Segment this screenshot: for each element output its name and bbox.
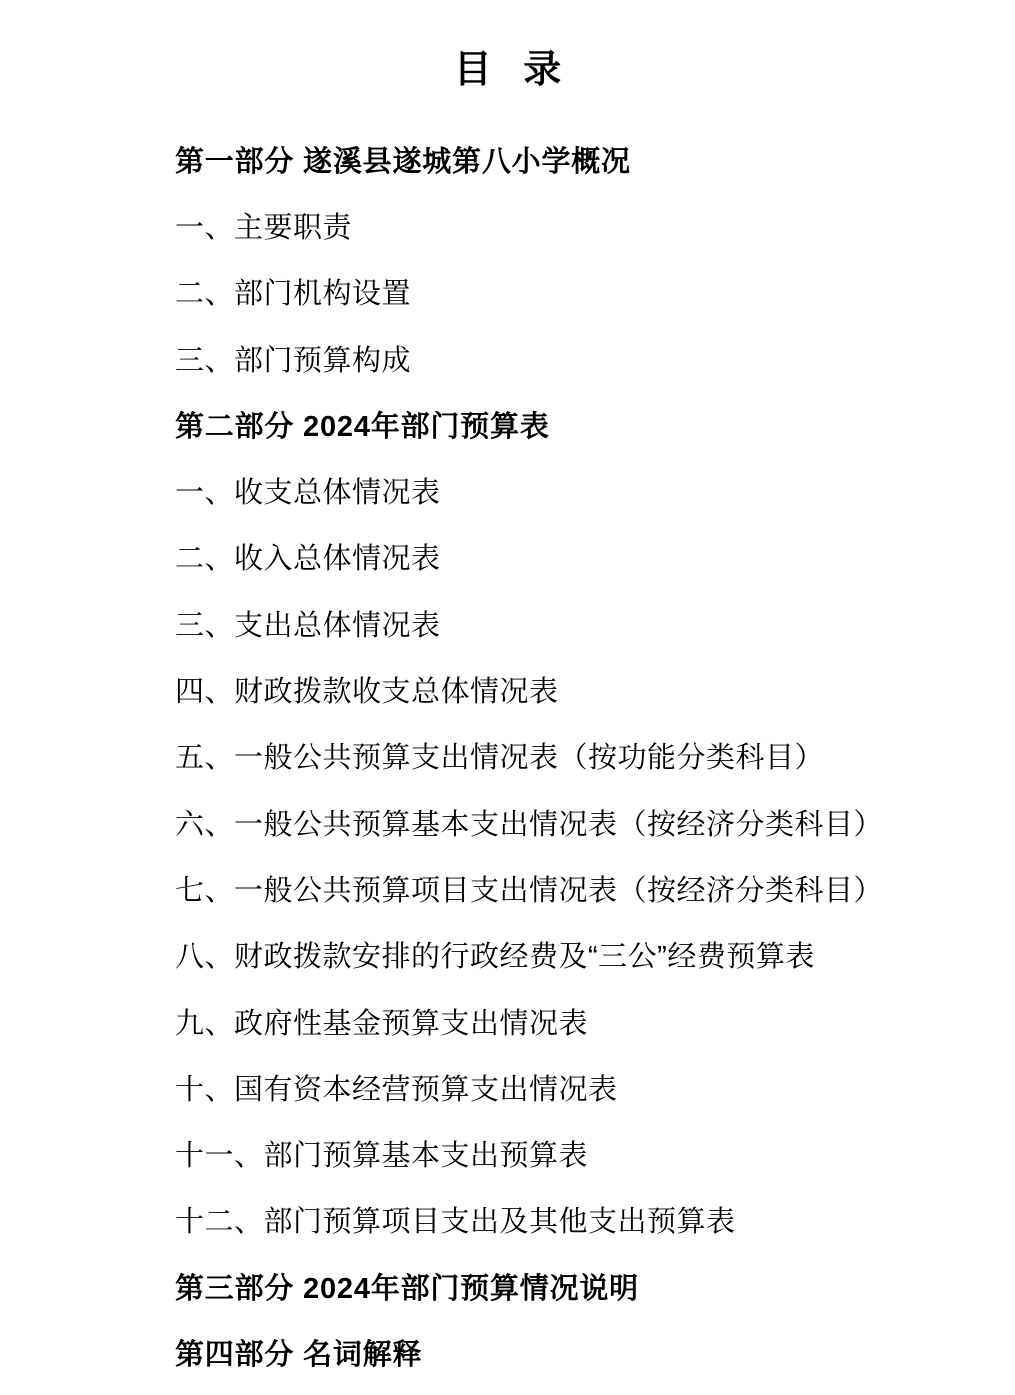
toc-item: 三、支出总体情况表 xyxy=(175,590,975,656)
toc-item: 七、一般公共预算项目支出情况表（按经济分类科目） xyxy=(175,855,975,921)
toc-item: 十二、部门预算项目支出及其他支出预算表 xyxy=(175,1187,975,1253)
toc-list: 第一部分 遂溪县遂城第八小学概况一、主要职责二、部门机构设置三、部门预算构成第二… xyxy=(0,126,1015,1386)
toc-section-heading: 第二部分 2024年部门预算表 xyxy=(175,391,975,457)
toc-item: 九、政府性基金预算支出情况表 xyxy=(175,988,975,1054)
toc-item: 六、一般公共预算基本支出情况表（按经济分类科目） xyxy=(175,789,975,855)
toc-item: 五、一般公共预算支出情况表（按功能分类科目） xyxy=(175,723,975,789)
toc-item: 一、收支总体情况表 xyxy=(175,457,975,523)
toc-section-heading: 第一部分 遂溪县遂城第八小学概况 xyxy=(175,126,975,192)
toc-section-heading: 第四部分 名词解释 xyxy=(175,1319,975,1385)
toc-item: 二、部门机构设置 xyxy=(175,259,975,325)
toc-item: 八、财政拨款安排的行政经费及“三公”经费预算表 xyxy=(175,922,975,988)
toc-item: 十、国有资本经营预算支出情况表 xyxy=(175,1054,975,1120)
toc-section-heading: 第三部分 2024年部门预算情况说明 xyxy=(175,1253,975,1319)
document-title: 目 录 xyxy=(0,0,1015,90)
toc-item: 四、财政拨款收支总体情况表 xyxy=(175,656,975,722)
toc-item: 一、主要职责 xyxy=(175,192,975,258)
toc-item: 十一、部门预算基本支出预算表 xyxy=(175,1120,975,1186)
toc-item: 三、部门预算构成 xyxy=(175,325,975,391)
document-page: 目 录 第一部分 遂溪县遂城第八小学概况一、主要职责二、部门机构设置三、部门预算… xyxy=(0,0,1015,1395)
toc-item: 二、收入总体情况表 xyxy=(175,524,975,590)
